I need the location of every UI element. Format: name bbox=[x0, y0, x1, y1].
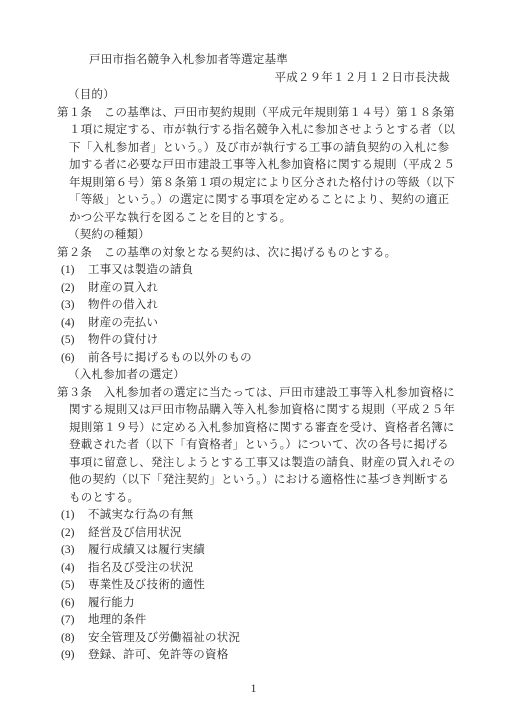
item-text: 財産の買入れ bbox=[88, 282, 158, 294]
item-number: (5) bbox=[61, 577, 88, 595]
item-number: (4) bbox=[61, 315, 88, 333]
document-line-cont: 事項に留意し、発注しようとする工事又は製造の請負、財産の買入れその bbox=[69, 455, 450, 473]
document-line-item: (1)工事又は製造の請負 bbox=[61, 262, 450, 280]
document-line-cont: 関する規則又は戸田市物品購入等入札参加資格に関する規則（平成２５年 bbox=[69, 402, 450, 420]
document-line-item: (6)前各号に掲げるもの以外のもの bbox=[61, 350, 450, 368]
document-page: 戸田市指名競争入札参加者等選定基準 平成２９年１２月１２日市長決裁 （目的）第１… bbox=[0, 0, 507, 719]
item-text: 指名及び受注の状況 bbox=[88, 562, 193, 574]
item-text: 物件の貸付け bbox=[88, 334, 158, 346]
item-number: (4) bbox=[61, 560, 88, 578]
document-body: （目的）第１条 この基準は、戸田市契約規則（平成元年規則第１４号）第１８条第１項… bbox=[57, 87, 450, 665]
item-text: 物件の借入れ bbox=[88, 299, 158, 311]
document-line-cont: ものとする。 bbox=[69, 490, 450, 508]
item-text: 専業性及び技術的適性 bbox=[88, 579, 205, 591]
document-line-item: (4)指名及び受注の状況 bbox=[61, 560, 450, 578]
document-line-cont: 登載された者（以下「有資格者」という。）について、次の各号に掲げる bbox=[69, 437, 450, 455]
document-line-item: (3)物件の借入れ bbox=[61, 297, 450, 315]
item-number: (1) bbox=[61, 507, 88, 525]
page-number: 1 bbox=[0, 681, 507, 699]
item-text: 不誠実な行為の有無 bbox=[88, 509, 193, 521]
document-line-heading: （目的） bbox=[68, 87, 450, 105]
item-number: (5) bbox=[61, 332, 88, 350]
item-text: 前各号に掲げるもの以外のもの bbox=[88, 352, 252, 364]
document-line-cont: 加する者に必要な戸田市建設工事等入札参加資格に関する規則（平成２５ bbox=[69, 157, 450, 175]
item-number: (9) bbox=[61, 647, 88, 665]
item-number: (2) bbox=[61, 280, 88, 298]
item-text: 工事又は製造の請負 bbox=[88, 264, 193, 276]
item-number: (6) bbox=[61, 350, 88, 368]
document-line-item: (8)安全管理及び労働福祉の状況 bbox=[61, 630, 450, 648]
item-number: (7) bbox=[61, 612, 88, 630]
document-line-cont: かつ公平な執行を図ることを目的とする。 bbox=[69, 210, 450, 228]
document-line-article: 第３条 入札参加者の選定に当たっては、戸田市建設工事等入札参加資格に bbox=[57, 385, 450, 403]
document-line-item: (5)物件の貸付け bbox=[61, 332, 450, 350]
document-title: 戸田市指名競争入札参加者等選定基準 bbox=[89, 52, 450, 70]
document-line-article: 第２条 この基準の対象となる契約は、次に掲げるものとする。 bbox=[57, 245, 450, 263]
document-line-cont: 「等級」という。）の選定に関する事項を定めることにより、契約の適正 bbox=[69, 192, 450, 210]
approval-date-line: 平成２９年１２月１２日市長決裁 bbox=[57, 70, 450, 88]
item-number: (3) bbox=[61, 542, 88, 560]
item-text: 登録、許可、免許等の資格 bbox=[88, 649, 228, 661]
document-line-item: (3)履行成績又は履行実績 bbox=[61, 542, 450, 560]
document-line-item: (4)財産の売払い bbox=[61, 315, 450, 333]
document-line-article: 第１条 この基準は、戸田市契約規則（平成元年規則第１４号）第１８条第 bbox=[57, 105, 450, 123]
item-number: (8) bbox=[61, 630, 88, 648]
item-text: 履行能力 bbox=[88, 597, 135, 609]
item-number: (3) bbox=[61, 297, 88, 315]
item-text: 履行成績又は履行実績 bbox=[88, 544, 205, 556]
document-line-item: (2)財産の買入れ bbox=[61, 280, 450, 298]
item-number: (6) bbox=[61, 595, 88, 613]
item-text: 財産の売払い bbox=[88, 317, 158, 329]
document-line-item: (6)履行能力 bbox=[61, 595, 450, 613]
item-number: (1) bbox=[61, 262, 88, 280]
document-line-heading: （入札参加者の選定） bbox=[68, 367, 450, 385]
document-line-item: (5)専業性及び技術的適性 bbox=[61, 577, 450, 595]
document-line-cont: 規則第１９号）に定める入札参加資格に関する審査を受け、資格者名簿に bbox=[69, 420, 450, 438]
document-line-cont: １項に規定する、市が執行する指名競争入札に参加させようとする者（以 bbox=[69, 122, 450, 140]
document-line-item: (7)地理的条件 bbox=[61, 612, 450, 630]
item-text: 安全管理及び労働福祉の状況 bbox=[88, 632, 240, 644]
document-line-item: (1)不誠実な行為の有無 bbox=[61, 507, 450, 525]
document-line-heading: （契約の種類） bbox=[68, 227, 450, 245]
document-line-cont: 下「入札参加者」という。）及び市が執行する工事の請負契約の入札に参 bbox=[69, 140, 450, 158]
document-line-cont: 他の契約（以下「発注契約」という。）における適格性に基づき判断する bbox=[69, 472, 450, 490]
item-text: 地理的条件 bbox=[88, 614, 147, 626]
item-text: 経営及び信用状況 bbox=[88, 527, 182, 539]
document-line-item: (9)登録、許可、免許等の資格 bbox=[61, 647, 450, 665]
item-number: (2) bbox=[61, 525, 88, 543]
document-line-cont: 年規則第６号）第８条第１項の規定により区分された格付けの等級（以下 bbox=[69, 175, 450, 193]
document-line-item: (2)経営及び信用状況 bbox=[61, 525, 450, 543]
